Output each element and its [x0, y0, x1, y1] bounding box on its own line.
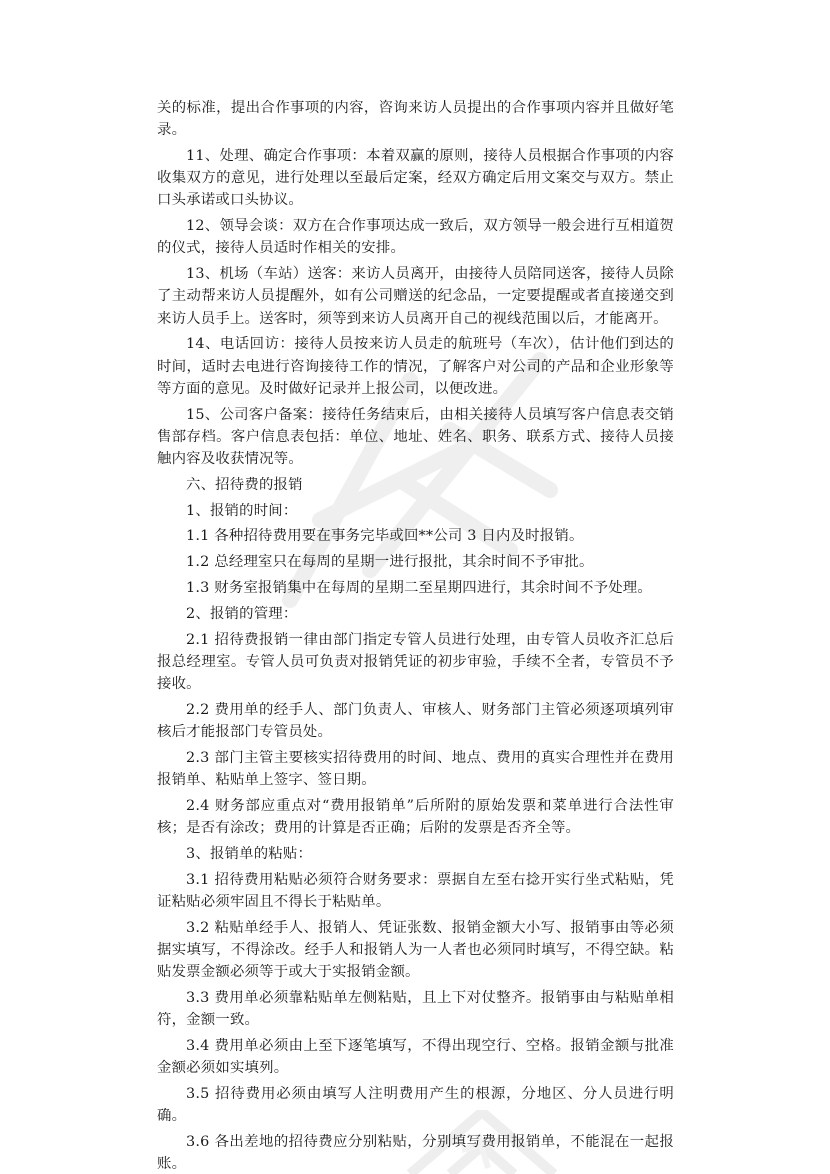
paragraph-item-15: 15、公司客户备案：接待任务结束后，由相关接待人员填写客户信息表交销售部存档。客… — [157, 404, 674, 471]
paragraph-2-3: 2.3 部门主管主要核实招待费用的时间、地点、费用的真实合理性并在费用报销单、粘… — [157, 747, 674, 791]
document-page: 关的标准，提出合作事项的内容，咨询来访人员提出的合作事项内容并且做好笔录。 11… — [0, 0, 830, 1174]
paragraph-continuation: 关的标准，提出合作事项的内容，咨询来访人员提出的合作事项内容并且做好笔录。 — [157, 97, 674, 141]
subheading-3: 3、报销单的粘贴： — [157, 843, 674, 865]
paragraph-3-5: 3.5 招待费用必须由填写人注明费用产生的根源，分地区、分人员进行明确。 — [157, 1083, 674, 1127]
paragraph-1-2: 1.2 总经理室只在每周的星期一进行报批，其余时间不予审批。 — [157, 551, 674, 573]
paragraph-item-13: 13、机场（车站）送客：来访人员离开，由接待人员陪同送客，接待人员除了主动帮来访… — [157, 263, 674, 330]
paragraph-3-4: 3.4 费用单必须由上至下逐笔填写，不得出现空行、空格。报销金额与批准金额必须如… — [157, 1035, 674, 1079]
paragraph-2-1: 2.1 招待费报销一律由部门指定专管人员进行处理，由专管人员收齐汇总后报总经理室… — [157, 629, 674, 696]
paragraph-2-4: 2.4 财务部应重点对“费用报销单”后所附的原始发票和菜单进行合法性审核；是否有… — [157, 795, 674, 839]
paragraph-item-14: 14、电话回访：接待人员按来访人员走的航班号（车次），估计他们到达的时间，适时去… — [157, 333, 674, 400]
paragraph-3-2: 3.2 粘贴单经手人、报销人、凭证张数、报销金额大小写、报销事由等必须据实填写，… — [157, 917, 674, 984]
paragraph-2-2: 2.2 费用单的经手人、部门负责人、审核人、财务部门主管必须逐项填列审核后才能报… — [157, 699, 674, 743]
paragraph-1-3: 1.3 财务室报销集中在每周的星期二至星期四进行，其余时间不予处理。 — [157, 577, 674, 599]
paragraph-3-6: 3.6 各出差地的招待费应分别粘贴，分别填写费用报销单，不能混在一起报账。 — [157, 1131, 674, 1174]
paragraph-item-12: 12、领导会谈：双方在合作事项达成一致后，双方领导一般会进行互相道贺的仪式，接待… — [157, 215, 674, 259]
section-heading-6: 六、招待费的报销 — [157, 474, 674, 496]
subheading-2: 2、报销的管理： — [157, 603, 674, 625]
paragraph-3-3: 3.3 费用单必须靠粘贴单左侧粘贴，且上下对仗整齐。报销事由与粘贴单相符，金额一… — [157, 987, 674, 1031]
paragraph-3-1: 3.1 招待费用粘贴必须符合财务要求：票据自左至右捻开实行坐式粘贴，凭证粘贴必须… — [157, 869, 674, 913]
paragraph-item-11: 11、处理、确定合作事项：本着双赢的原则，接待人员根据合作事项的内容收集双方的意… — [157, 145, 674, 212]
paragraph-1-1: 1.1 各种招待费用要在事务完毕或回**公司 3 日内及时报销。 — [157, 525, 674, 547]
subheading-1: 1、报销的时间： — [157, 500, 674, 522]
document-body: 关的标准，提出合作事项的内容，咨询来访人员提出的合作事项内容并且做好笔录。 11… — [157, 97, 674, 1174]
